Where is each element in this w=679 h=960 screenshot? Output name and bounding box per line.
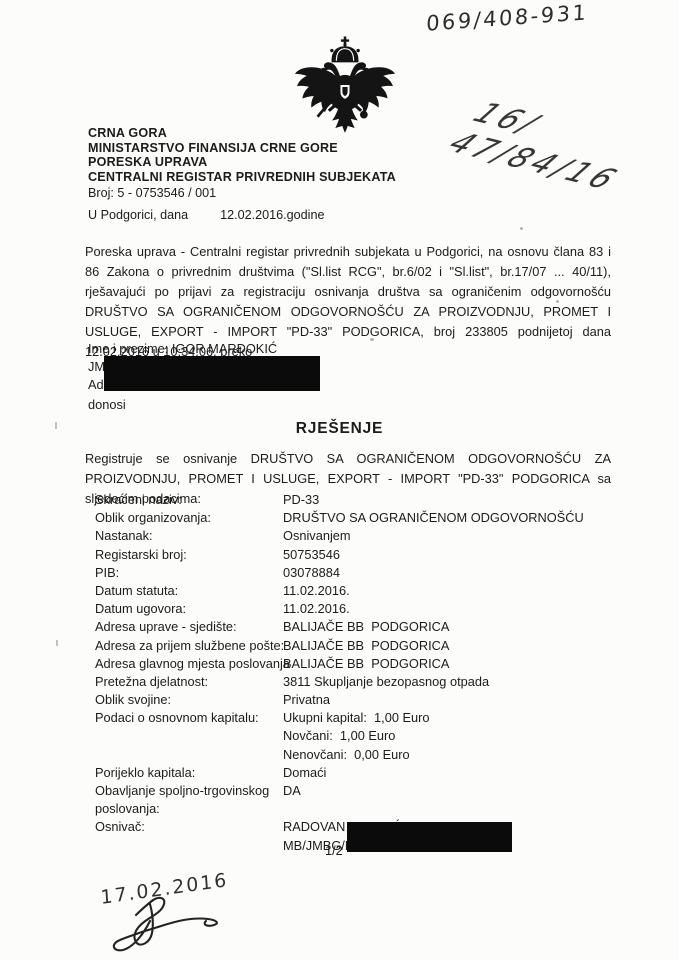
field-row: Porijeklo kapitala:Domaći	[95, 764, 635, 782]
field-value: DRUŠTVO SA OGRANIČENOM ODGOVORNOŠĆU	[283, 509, 584, 527]
field-label: PIB:	[95, 565, 119, 580]
scan-artifact	[56, 640, 58, 646]
field-value: 50753546	[283, 546, 340, 564]
field-value: BALIJAČE BB PODGORICA	[283, 637, 449, 655]
field-label: Skraćeni naziv:	[95, 492, 182, 507]
field-value: Nenovčani: 0,00 Euro	[283, 746, 410, 764]
field-row: Oblik organizovanja:DRUŠTVO SA OGRANIČEN…	[95, 509, 635, 527]
redaction-box-founder-id	[347, 822, 512, 852]
scan-artifact	[370, 338, 374, 341]
field-value: BALIJAČE BB PODGORICA	[283, 618, 449, 636]
field-label: Datum ugovora:	[95, 601, 186, 616]
donosi-label: donosi	[88, 397, 126, 412]
scan-artifact	[556, 300, 559, 303]
field-value: 11.02.2016.	[283, 582, 350, 600]
field-row: Adresa uprave - sjedište:BALIJAČE BB POD…	[95, 618, 635, 636]
field-row: Adresa za prijem službene pošte:BALIJAČE…	[95, 637, 635, 655]
field-value: Novčani: 1,00 Euro	[283, 727, 395, 745]
place-date-line: U Podgorici, dana12.02.2016.godine	[88, 208, 508, 222]
field-label: Adresa glavnog mjesta poslovanja	[95, 656, 290, 671]
issue-date: 12.02.2016.godine	[220, 208, 324, 222]
field-value: BALIJAČE BB PODGORICA	[283, 655, 449, 673]
field-label: poslovanja:	[95, 801, 160, 816]
scanned-document-page: 069/408-931	[0, 0, 679, 960]
field-row: poslovanja:	[95, 800, 635, 818]
letterhead-registry: CENTRALNI REGISTAR PRIVREDNIH SUBJEKATA	[88, 170, 508, 185]
field-row: Podaci o osnovnom kapitalu:Ukupni kapita…	[95, 709, 635, 727]
field-row: Obavljanje spoljno-trgovinskogDA	[95, 782, 635, 800]
field-value: 3811 Skupljanje bezopasnog otpada	[283, 673, 489, 691]
field-row: Datum ugovora:11.02.2016.	[95, 600, 635, 618]
field-row: Skraćeni naziv:PD-33	[95, 491, 635, 509]
letterhead: CRNA GORA MINISTARSTVO FINANSIJA CRNE GO…	[88, 126, 508, 222]
field-row: Registarski broj:50753546	[95, 546, 635, 564]
field-value: Osnivanjem	[283, 527, 351, 545]
scan-artifact	[55, 422, 57, 429]
field-label: Registarski broj:	[95, 547, 187, 562]
field-value: 11.02.2016.	[283, 600, 350, 618]
case-number-line: Broj: 5 - 0753546 / 001	[88, 186, 508, 201]
page-number: 1/2	[325, 843, 343, 858]
field-label: Pretežna djelatnost:	[95, 674, 208, 689]
field-value: 03078884	[283, 564, 340, 582]
handwritten-signature-icon	[92, 893, 232, 955]
place-label: U Podgorici, dana	[88, 208, 188, 222]
field-row: Datum statuta:11.02.2016.	[95, 582, 635, 600]
field-row: Oblik svojine:Privatna	[95, 691, 635, 709]
field-label: Oblik organizovanja:	[95, 510, 211, 525]
field-label: Obavljanje spoljno-trgovinskog	[95, 783, 269, 798]
field-label: Datum statuta:	[95, 583, 178, 598]
field-label: Oblik svojine:	[95, 692, 171, 707]
field-label: Porijeklo kapitala:	[95, 765, 195, 780]
field-value: MB/JMBG/B	[283, 837, 353, 855]
field-value: Domaći	[283, 764, 326, 782]
field-row: Nastanak:Osnivanjem	[95, 527, 635, 545]
field-row: PIB:03078884	[95, 564, 635, 582]
field-value: Privatna	[283, 691, 330, 709]
registry-fields-table: Skraćeni naziv:PD-33Oblik organizovanja:…	[95, 491, 635, 855]
redaction-box-personal-data	[104, 356, 320, 391]
field-row: Adresa glavnog mjesta poslovanjaBALIJAČE…	[95, 655, 635, 673]
field-label: Osnivač:	[95, 819, 145, 834]
field-row: Nenovčani: 0,00 Euro	[95, 746, 635, 764]
decision-title: RJEŠENJE	[0, 420, 679, 438]
field-value: Ukupni kapital: 1,00 Euro	[283, 709, 430, 727]
field-label: Nastanak:	[95, 528, 153, 543]
field-label: Adresa za prijem službene pošte:	[95, 638, 284, 653]
field-value: PD-33	[283, 491, 319, 509]
field-row: Pretežna djelatnost:3811 Skupljanje bezo…	[95, 673, 635, 691]
letterhead-country: CRNA GORA	[88, 126, 508, 141]
field-row: Novčani: 1,00 Euro	[95, 727, 635, 745]
handwritten-case-number: 069/408-931	[426, 0, 589, 35]
scan-artifact	[520, 227, 523, 230]
field-label: Adresa uprave - sjedište:	[95, 619, 237, 634]
field-label: Podaci o osnovnom kapitalu:	[95, 710, 259, 725]
field-value: DA	[283, 782, 301, 800]
